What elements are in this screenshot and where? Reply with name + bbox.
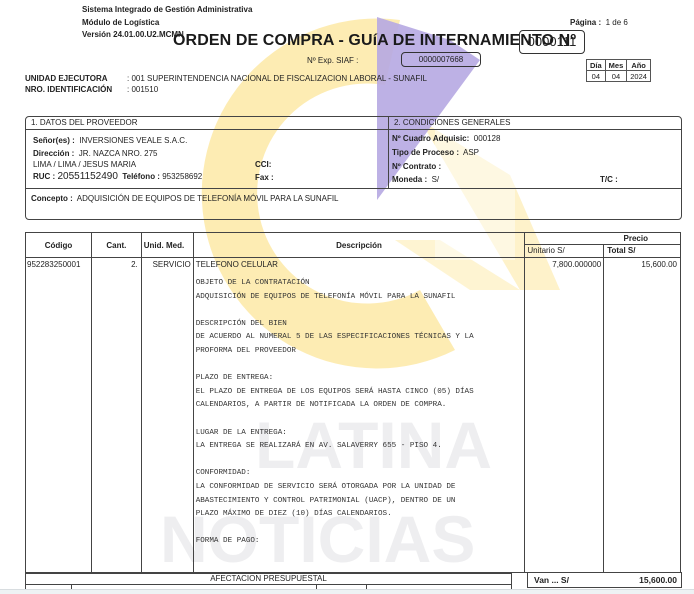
concepto-value: ADQUISICIÓN DE EQUIPOS DE TELEFONÍA MÓVI…	[77, 194, 339, 203]
telefono-value: 953258692	[162, 172, 202, 181]
nro-identificacion: NRO. IDENTIFICACIÓN: 001510	[25, 85, 158, 94]
tipo-row: Tipo de Proceso : ASP	[392, 147, 479, 158]
nro-label: NRO. IDENTIFICACIÓN	[25, 85, 127, 94]
item-total: 15,600.00	[604, 258, 681, 573]
year-value: 2024	[627, 71, 651, 82]
nro-value: : 001510	[127, 85, 158, 94]
col-total: Total S/	[604, 245, 681, 258]
fax-label: Fax :	[255, 172, 274, 183]
col-cant: Cant.	[91, 233, 141, 258]
unidad-label: UNIDAD EJECUTORA	[25, 74, 127, 83]
van-total: Van ... S/ 15,600.00	[527, 572, 682, 588]
provider-conditions-box: 1. DATOS DEL PROVEEDOR Señor(es) : INVER…	[25, 116, 682, 220]
ubicacion: LIMA / LIMA / JESUS MARIA	[33, 159, 136, 170]
senor-label: Señor(es) :	[33, 136, 75, 145]
page-value: 1 de 6	[606, 18, 628, 27]
col-precio: Precio	[525, 233, 681, 245]
ruc-label: RUC :	[33, 172, 55, 181]
cuadro-value: 000128	[474, 134, 501, 143]
table-row: 952283250001 2. SERVICIO TELEFONO CELULA…	[26, 258, 681, 573]
items-table: Código Cant. Unid. Med. Descripción Prec…	[25, 232, 681, 573]
page-title: ORDEN DE COMPRA - GUíA DE INTERNAMIENTO …	[173, 32, 576, 50]
siaf-number: 0000007668	[401, 52, 481, 67]
ruc-value: 20551152490	[57, 171, 117, 182]
date-table: Día Mes Año 04 04 2024	[586, 59, 651, 82]
moneda-row: Moneda : S/	[392, 174, 439, 185]
month-value: 04	[605, 71, 627, 82]
tc-label: T/C :	[600, 174, 618, 185]
col-codigo: Código	[26, 233, 92, 258]
cuadro-label: Nº Cuadro Adquisic:	[392, 134, 469, 143]
senor-value: INVERSIONES VEALE S.A.C.	[79, 136, 187, 145]
concepto-row: Concepto : ADQUISICIÓN DE EQUIPOS DE TEL…	[31, 193, 339, 204]
ruc-row: RUC : 20551152490 Teléfono : 953258692	[33, 171, 202, 182]
van-value: 15,600.00	[639, 573, 677, 587]
cuadro-row: Nº Cuadro Adquisic: 000128	[392, 133, 500, 144]
tipo-value: ASP	[463, 148, 479, 157]
proveedor-section-title: 1. DATOS DEL PROVEEDOR	[26, 117, 388, 130]
module-name: Módulo de Logística	[82, 18, 159, 27]
senor-row: Señor(es) : INVERSIONES VEALE S.A.C.	[33, 135, 187, 146]
van-label: Van ... S/	[534, 573, 569, 587]
moneda-label: Moneda :	[392, 175, 427, 184]
system-name: Sistema Integrado de Gestión Administrat…	[82, 5, 252, 14]
direccion-label: Dirección :	[33, 149, 74, 158]
item-cant: 2.	[91, 258, 141, 573]
day-header: Día	[587, 60, 606, 71]
viewer-bottom-bar	[0, 589, 694, 594]
item-detalle: OBJETO DE LA CONTRATACIÓN ADQUISICIÓN DE…	[196, 277, 523, 549]
item-descripcion: TELEFONO CELULAR	[196, 260, 523, 269]
concepto-label: Concepto :	[31, 194, 73, 203]
contrato-label: Nº Contrato :	[392, 161, 441, 172]
page-indicator: Página : 1 de 6	[570, 18, 628, 27]
col-unid: Unid. Med.	[141, 233, 193, 258]
cci-label: CCI:	[255, 159, 271, 170]
col-unitario: Unitario S/	[525, 245, 604, 258]
item-codigo: 952283250001	[26, 258, 92, 573]
month-header: Mes	[605, 60, 627, 71]
tipo-label: Tipo de Proceso :	[392, 148, 459, 157]
col-descripcion: Descripción	[193, 233, 525, 258]
siaf-label: Nº Exp. SIAF :	[307, 56, 358, 65]
day-value: 04	[587, 71, 606, 82]
order-number: 0000111	[519, 30, 585, 54]
direccion-value: JR. NAZCA NRO. 275	[79, 149, 158, 158]
item-unid: SERVICIO	[141, 258, 193, 573]
afectacion-title: AFECTACION PRESUPUESTAL	[26, 574, 511, 585]
direccion-row: Dirección : JR. NAZCA NRO. 275	[33, 148, 157, 159]
unidad-value: : 001 SUPERINTENDENCIA NACIONAL DE FISCA…	[127, 74, 427, 83]
year-header: Año	[627, 60, 651, 71]
version-label: Versión 24.01.00.U2.MCMN	[82, 30, 184, 39]
unidad-ejecutora: UNIDAD EJECUTORA: 001 SUPERINTENDENCIA N…	[25, 74, 427, 83]
item-unitario: 7,800.000000	[525, 258, 604, 573]
page-label: Página :	[570, 18, 601, 27]
telefono-label: Teléfono :	[122, 172, 160, 181]
condiciones-section-title: 2. CONDICIONES GENERALES	[389, 117, 681, 130]
moneda-value: S/	[432, 175, 440, 184]
